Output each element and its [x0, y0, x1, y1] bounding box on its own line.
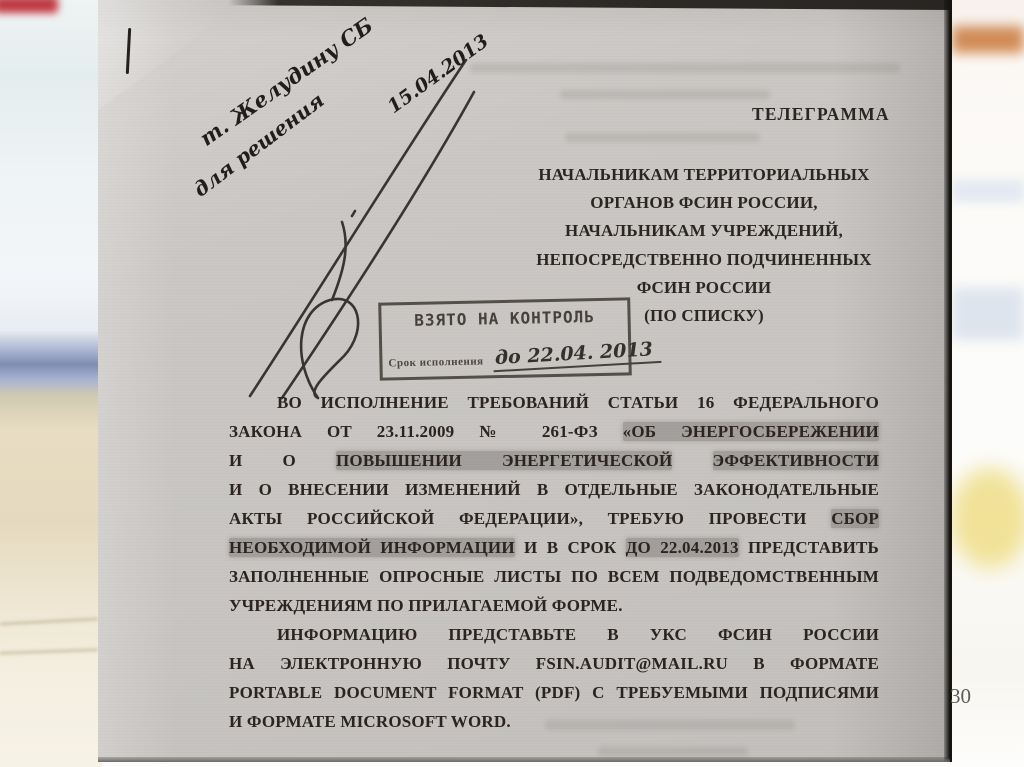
body-text-segment: ИНФОРМАЦИЮ ПРЕДСТАВЬТЕ В УКС ФСИН РОССИИ: [277, 625, 879, 644]
document-title: ТЕЛЕГРАММА: [752, 104, 890, 125]
slide-page-number: 30: [950, 684, 971, 709]
body-text-segment: ЗАКОНА ОТ 23.11.2009 № 261-ФЗ: [229, 422, 623, 441]
body-line: И ФОРМАТЕ MICROSOFT WORD.: [229, 707, 879, 736]
body-line: ЗАКОНА ОТ 23.11.2009 № 261-ФЗ «ОБ ЭНЕРГО…: [229, 417, 879, 446]
stamp-deadline-row: Срок исполнения до 22.04. 2013: [388, 344, 662, 375]
body-line: НА ЭЛЕКТРОННУЮ ПОЧТУ FSIN.AUDIT@MAIL.RU …: [229, 649, 879, 678]
body-line: И О ПОВЫШЕНИИ ЭНЕРГЕТИЧЕСКОЙ ЭФФЕКТИВНОС…: [229, 446, 879, 475]
body-text-segment: И О: [229, 451, 336, 470]
stamp-title: ВЗЯТО НА КОНТРОЛЬ: [381, 306, 627, 330]
marker-highlight: НЕОБХОДИМОЙ ИНФОРМАЦИИ: [229, 538, 515, 557]
body-text-segment: НА ЭЛЕКТРОННУЮ ПОЧТУ FSIN.AUDIT@MAIL.RU …: [229, 654, 879, 673]
body-text-segment: И ФОРМАТЕ MICROSOFT WORD.: [229, 712, 511, 731]
body-line: АКТЫ РОССИЙСКОЙ ФЕДЕРАЦИИ», ТРЕБУЮ ПРОВЕ…: [229, 504, 879, 533]
body-line: ВО ИСПОЛНЕНИЕ ТРЕБОВАНИЙ СТАТЬИ 16 ФЕДЕР…: [229, 388, 879, 417]
marker-highlight: «ОБ ЭНЕРГОСБЕРЕЖЕНИИ: [623, 422, 879, 441]
body-text-segment: И О ВНЕСЕНИИ ИЗМЕНЕНИЙ В ОТДЕЛЬНЫЕ ЗАКОН…: [229, 480, 879, 499]
stamp-deadline-label: Срок исполнения: [388, 355, 483, 369]
body-line: И О ВНЕСЕНИИ ИЗМЕНЕНИЙ В ОТДЕЛЬНЫЕ ЗАКОН…: [229, 475, 879, 504]
body-line: НЕОБХОДИМОЙ ИНФОРМАЦИИ И В СРОК ДО 22.04…: [229, 533, 879, 562]
body-text-segment: PORTABLE DOCUMENT FORMAT (PDF) С ТРЕБУЕМ…: [229, 683, 879, 702]
body-text-segment: ПРЕДСТАВИТЬ: [739, 538, 879, 557]
body-text-segment: И В СРОК: [515, 538, 626, 557]
body-text-segment: АКТЫ РОССИЙСКОЙ ФЕДЕРАЦИИ», ТРЕБУЮ ПРОВЕ…: [229, 509, 831, 528]
marker-highlight: СБОР: [831, 509, 879, 528]
address-line: НЕПОСРЕДСТВЕННО ПОДЧИНЕННЫХ: [518, 246, 890, 274]
body-text-segment: ВО ИСПОЛНЕНИЕ ТРЕБОВАНИЙ СТАТЬИ 16 ФЕДЕР…: [277, 393, 879, 412]
address-line: НАЧАЛЬНИКАМ ТЕРРИТОРИАЛЬНЫХ: [518, 161, 890, 189]
body-line: ЗАПОЛНЕННЫЕ ОПРОСНЫЕ ЛИСТЫ ПО ВСЕМ ПОДВЕ…: [229, 562, 879, 591]
body-line: УЧРЕЖДЕНИЯМ ПО ПРИЛАГАЕМОЙ ФОРМЕ.: [229, 591, 879, 620]
body-line: PORTABLE DOCUMENT FORMAT (PDF) С ТРЕБУЕМ…: [229, 678, 879, 707]
marker-highlight: ДО 22.04.2013: [626, 538, 739, 557]
body-line: ИНФОРМАЦИЮ ПРЕДСТАВЬТЕ В УКС ФСИН РОССИИ: [229, 620, 879, 649]
body-text-segment: ЗАПОЛНЕННЫЕ ОПРОСНЫЕ ЛИСТЫ ПО ВСЕМ ПОДВЕ…: [229, 567, 879, 586]
body-text-segment: УЧРЕЖДЕНИЯМ ПО ПРИЛАГАЕМОЙ ФОРМЕ.: [229, 596, 623, 615]
address-line: ОРГАНОВ ФСИН РОССИИ,: [518, 189, 890, 217]
marker-highlight: ПОВЫШЕНИИ ЭНЕРГЕТИЧЕСКОЙ: [336, 451, 672, 470]
address-line: НАЧАЛЬНИКАМ УЧРЕЖДЕНИЙ,: [518, 217, 890, 245]
marker-highlight: ЭФФЕКТИВНОСТИ: [713, 451, 879, 470]
stamp-deadline-value: до 22.04. 2013: [492, 338, 661, 372]
document-body: ВО ИСПОЛНЕНИЕ ТРЕБОВАНИЙ СТАТЬИ 16 ФЕДЕР…: [229, 388, 879, 736]
control-stamp: ВЗЯТО НА КОНТРОЛЬ Срок исполнения до 22.…: [378, 297, 632, 380]
body-text-segment: [672, 451, 712, 470]
